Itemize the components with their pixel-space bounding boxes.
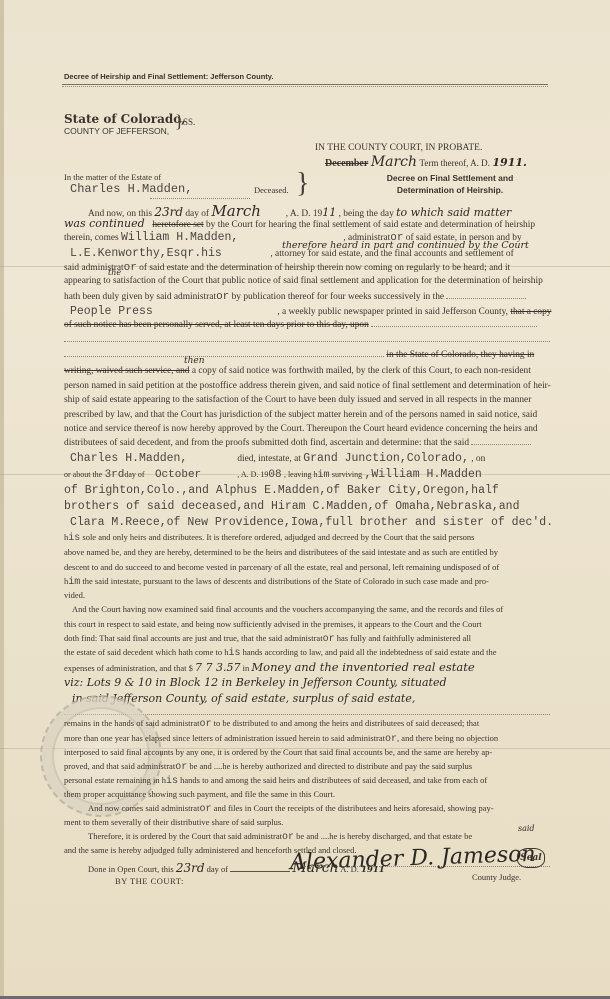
body-line: him the said intestate, pursuant to the … bbox=[64, 576, 550, 588]
body-line: doth find: That said final accounts are … bbox=[64, 633, 550, 645]
death-month: October bbox=[147, 469, 235, 481]
heir-line-4: Clara M.Reece,of New Providence,Iowa,ful… bbox=[64, 516, 556, 529]
term-handwritten: March bbox=[371, 154, 417, 170]
term-year: 1911. bbox=[492, 156, 526, 169]
body-line: And the Court having now examined said f… bbox=[64, 604, 558, 614]
body-line: in the State of Colorado, they having in bbox=[64, 350, 550, 360]
body-line: said administrator of said estate and th… bbox=[64, 262, 550, 274]
body-line: distributees of said decedent, and from … bbox=[64, 438, 550, 448]
body-line: hath been duly given by said administrat… bbox=[64, 291, 550, 303]
handwritten-note: was continued bbox=[64, 217, 150, 230]
body-line: notice and service thereof is now hereby… bbox=[64, 424, 550, 434]
seal-mark: Seal bbox=[517, 848, 545, 868]
court-name: IN THE COUNTY COURT, IN PROBATE. bbox=[315, 143, 482, 153]
header-rule bbox=[62, 86, 548, 87]
caption-brace: } bbox=[296, 170, 309, 198]
attorney-name: L.E.Kenworthy,Esqr.his bbox=[64, 247, 268, 260]
death-place: Grand Junction,Colorado, bbox=[303, 452, 469, 465]
body-line: personal estate remaining in his hands t… bbox=[64, 775, 550, 787]
venue-ss: SS. bbox=[183, 117, 195, 127]
matter-of-label: In the matter of the Estate of bbox=[64, 172, 161, 182]
body-line: this court in respect to said estate, an… bbox=[64, 619, 550, 629]
body-line: expenses of administration, and that $ 7… bbox=[64, 660, 550, 674]
insert-then: then bbox=[184, 356, 205, 366]
decree-title-2: Determination of Heirship. bbox=[365, 185, 535, 195]
death-day: 3rd bbox=[105, 469, 125, 481]
body-line: vided. bbox=[64, 590, 550, 600]
body-line: ship of said estate appearing to the sat… bbox=[64, 395, 550, 405]
death-year: 08 bbox=[268, 469, 281, 481]
body-line: more than one year has elapsed since let… bbox=[64, 733, 550, 745]
heir-line-1: ,William H.Madden bbox=[364, 468, 481, 481]
body-line: proved, and that said administrator be a… bbox=[64, 761, 550, 773]
body-line: Therefore, it is ordered by the Court th… bbox=[64, 831, 574, 843]
body-line: prescribed by law, and that the Court ha… bbox=[64, 410, 550, 420]
body-line: above named be, and they are hereby, det… bbox=[64, 547, 550, 557]
running-header: Decree of Heirship and Final Settlement:… bbox=[64, 72, 273, 81]
handwritten-property: viz: Lots 9 & 10 in Block 12 in Berkeley… bbox=[64, 676, 550, 689]
document-page: Decree of Heirship and Final Settlement:… bbox=[0, 0, 610, 996]
decedent-name-2: Charles H.Madden, bbox=[64, 452, 235, 465]
body-line: them proper acquittance showing such pay… bbox=[64, 789, 550, 799]
newspaper-name: People Press bbox=[64, 305, 275, 318]
county-judge-label: County Judge. bbox=[472, 872, 521, 882]
body-line: People Press , a weekly public newspaper… bbox=[64, 305, 550, 318]
deceased-label: Deceased. bbox=[254, 185, 289, 195]
body-line: remains in the hands of said administrat… bbox=[64, 718, 550, 730]
by-the-court: BY THE COURT: bbox=[115, 876, 184, 886]
body-line: writing, waived such service, and a copy… bbox=[64, 366, 550, 376]
body-line: person named in said petition at the pos… bbox=[64, 381, 550, 391]
body-line bbox=[64, 335, 550, 345]
amount-field: 7 7 3.57 bbox=[195, 661, 240, 674]
handwritten-property: in said Jefferson County, of said estate… bbox=[64, 692, 558, 705]
header-rule bbox=[62, 84, 548, 85]
handwritten-property: Money and the inventoried real estate bbox=[251, 660, 474, 674]
heir-line-3: brothers of said deceased,and Hiram C.Ma… bbox=[64, 500, 550, 513]
done-day: 23rd bbox=[176, 861, 205, 875]
heir-line-2: of Brighton,Colo.,and Alphus E.Madden,of… bbox=[64, 484, 550, 497]
body-line: Charles H.Madden, died, intestate, at Gr… bbox=[64, 452, 550, 465]
decree-title-1: Decree on Final Settlement and bbox=[365, 173, 535, 183]
body-line: his sole and only heirs and distributees… bbox=[64, 532, 550, 544]
body-line: ment to them severally of their distribu… bbox=[64, 817, 550, 827]
body-line: And now comes said administrator and fil… bbox=[64, 803, 574, 815]
venue-state: State of Colorado, bbox=[64, 112, 185, 126]
body-line: descent to and do succeed to and become … bbox=[64, 562, 550, 572]
venue-county: COUNTY OF JEFFERSON, bbox=[64, 126, 169, 136]
body-line: or about the 3rdday of October , A. D. 1… bbox=[64, 468, 550, 481]
paper-edge bbox=[0, 0, 4, 996]
court-term: December March Term thereof, A. D. 1911. bbox=[325, 154, 527, 170]
body-line: was continued heretofore set by the Cour… bbox=[64, 217, 550, 230]
body-line: of such notice has been personally serve… bbox=[64, 320, 550, 330]
body-line: interposed to said final accounts by any… bbox=[64, 747, 550, 757]
body-line: the estate of said decedent which hath c… bbox=[64, 647, 550, 659]
term-struck: December bbox=[325, 158, 368, 169]
body-line: appearing to satisfaction of the Court t… bbox=[64, 276, 550, 286]
body-line: L.E.Kenworthy,Esqr.his , attorney for sa… bbox=[64, 247, 550, 260]
